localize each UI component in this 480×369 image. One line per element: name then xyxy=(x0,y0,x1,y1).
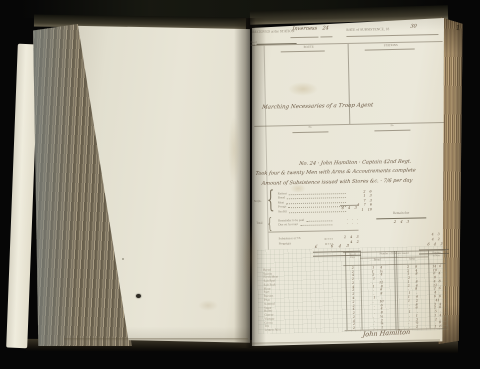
account-item-label: Meat xyxy=(278,200,284,204)
remain-due-amount: 2 4 3 xyxy=(382,220,420,224)
dotted-leader xyxy=(300,222,333,226)
underline xyxy=(365,49,415,51)
right-page-content: RECEIVED at the STATION Inverness 24 RAT… xyxy=(250,12,453,348)
mini-label-right: No. xyxy=(378,125,406,128)
loose-page-edge xyxy=(6,44,39,349)
underline xyxy=(281,50,325,52)
underline xyxy=(292,131,328,133)
bracket-glyph: { xyxy=(267,188,275,212)
provisions-rows: Bread 2 1 4 2 8 14 6 Spirits 2 1 ½ 2 4 1… xyxy=(263,264,446,332)
account-item-label: Forage xyxy=(278,205,286,209)
group2-caption: Total xyxy=(256,222,262,225)
header-station-handwritten: Inverness xyxy=(292,27,317,33)
col-remains-header: Remains in Store xyxy=(428,252,445,258)
dotted-leader xyxy=(306,217,332,221)
account-item-label: Due on Account xyxy=(278,222,298,226)
col-remains-line2: in Store xyxy=(433,254,441,257)
mini-label-left: No. xyxy=(296,126,324,129)
dotted-leader xyxy=(325,236,333,240)
col-days-line2: Days xyxy=(350,256,355,259)
provision-days: 2 xyxy=(347,326,362,330)
ink-blot xyxy=(136,294,141,298)
account-item-amount: . . . xyxy=(334,221,358,226)
account-item-label: Bread xyxy=(278,195,285,199)
center-column-rule xyxy=(348,44,351,124)
account-item-label: Sea Kit xyxy=(278,209,287,213)
signature: John Hamilton xyxy=(362,329,410,338)
header-printed-left: RECEIVED at the STATION xyxy=(252,30,294,34)
totals-row-amount: 2 4 3 xyxy=(335,235,359,240)
header-year-handwritten: 30 xyxy=(410,25,417,30)
group1-total: 6 4 3 xyxy=(338,206,360,210)
entry-line-2: Took four & twenty Men with Arms & Accou… xyxy=(255,169,416,177)
account-item-label: Rations xyxy=(278,191,287,195)
ledger-photograph: 1 RECEIVED at the STATION Inverness 24 R… xyxy=(0,0,480,369)
underline xyxy=(290,37,318,39)
group2-items: Remainder to be paid . . . Due on Accoun… xyxy=(278,216,358,227)
route-handwritten-line: Marching Necessaries of a Troop Agent xyxy=(262,103,374,111)
underline xyxy=(346,34,438,37)
totals-right-column: 4 3 4 2 xyxy=(423,232,449,243)
header-number-handwritten: 24 xyxy=(322,26,329,31)
remain-due-label: Remain due xyxy=(378,211,424,215)
column-title-stations: STATIONS xyxy=(369,44,413,48)
entry-line-1: No. 24 · John Hamilton · Captain 42nd Re… xyxy=(299,160,412,167)
provision-remains: 1 6 xyxy=(429,324,446,328)
header-printed-right: RATE of SUBSISTENCE, 18 xyxy=(346,28,389,32)
col-days-header: No. of Days xyxy=(345,254,360,260)
paper-speck xyxy=(122,258,124,260)
group1-caption: Serjts. xyxy=(254,200,262,203)
bracket-glyph: { xyxy=(267,217,272,232)
totals-rule xyxy=(269,230,359,233)
column-title-route: ROUTE xyxy=(289,45,329,49)
entry-line-3: Amount of Subsistence issued with Stores… xyxy=(261,179,412,187)
left-page-bottom-shadow xyxy=(64,338,248,341)
underline xyxy=(320,36,332,37)
underline xyxy=(374,130,410,132)
